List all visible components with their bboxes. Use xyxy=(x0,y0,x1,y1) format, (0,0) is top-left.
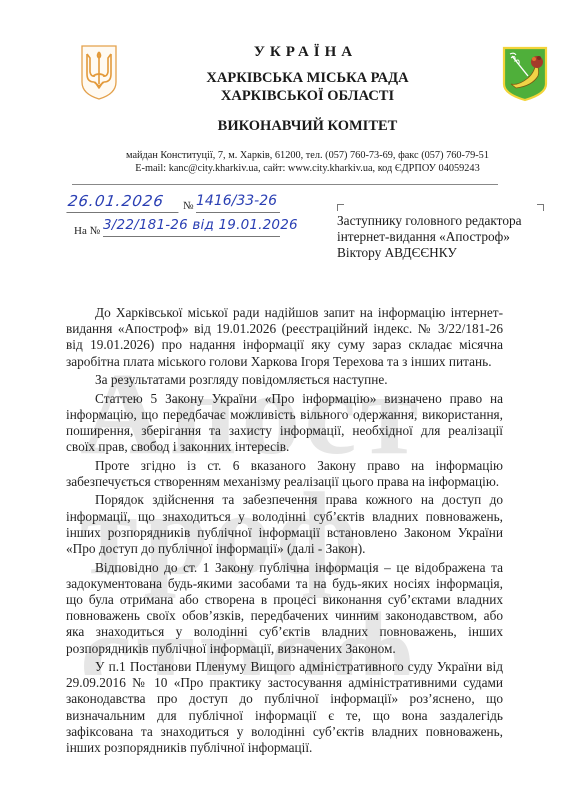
reference-number-label: На № xyxy=(74,225,100,237)
council-title-line1: ХАРКІВСЬКА МІСЬКА РАДА xyxy=(0,70,571,87)
addressee-block: Заступнику головного редактора інтернет-… xyxy=(337,213,567,261)
country-title: УКРАЇНА xyxy=(0,44,571,61)
body-paragraph: У п.1 Постанови Пленуму Вищого адміністр… xyxy=(66,659,503,756)
letter-page: Апост троф строф xyxy=(0,0,571,810)
body-paragraph: Проте згідно із ст. 6 вказаного Закону п… xyxy=(66,458,503,490)
outgoing-date: 26.01.2026 xyxy=(66,190,181,213)
executive-committee-title: ВИКОНАВЧИЙ КОМІТЕТ xyxy=(0,118,571,135)
body-paragraph: Статтею 5 Закону України «Про інформацію… xyxy=(66,391,503,456)
letterhead-divider xyxy=(72,184,498,185)
outgoing-number-label: № xyxy=(183,200,194,212)
addressee-corner-mark xyxy=(337,204,344,211)
body-paragraph: Порядок здійснення та забезпечення права… xyxy=(66,492,503,557)
addressee-corner-mark xyxy=(537,204,544,211)
council-title-line2: ХАРКІВСЬКОЇ ОБЛАСТІ xyxy=(0,88,571,105)
body-paragraph: За результатами розгляду повідомляється … xyxy=(66,372,503,388)
addressee-name: Віктору АВДЄЄНКУ xyxy=(337,245,567,261)
letter-body: До Харківської міської ради надійшов зап… xyxy=(66,305,503,759)
addressee-organization: інтернет-видання «Апостроф» xyxy=(337,229,567,245)
body-paragraph: Відповідно до ст. 1 Закону публічна інфо… xyxy=(66,560,503,657)
reference-number: 3/22/181-26 від 19.01.2026 xyxy=(103,214,280,237)
outgoing-number: 1416/33-26 xyxy=(196,190,280,213)
contact-address-line: майдан Конституції, 7, м. Харків, 61200,… xyxy=(0,150,571,161)
addressee-position: Заступнику головного редактора xyxy=(337,213,567,229)
body-paragraph: До Харківської міської ради надійшов зап… xyxy=(66,305,503,370)
contact-email-line: E-mail: kanc@city.kharkiv.ua, сайт: www.… xyxy=(0,163,571,174)
